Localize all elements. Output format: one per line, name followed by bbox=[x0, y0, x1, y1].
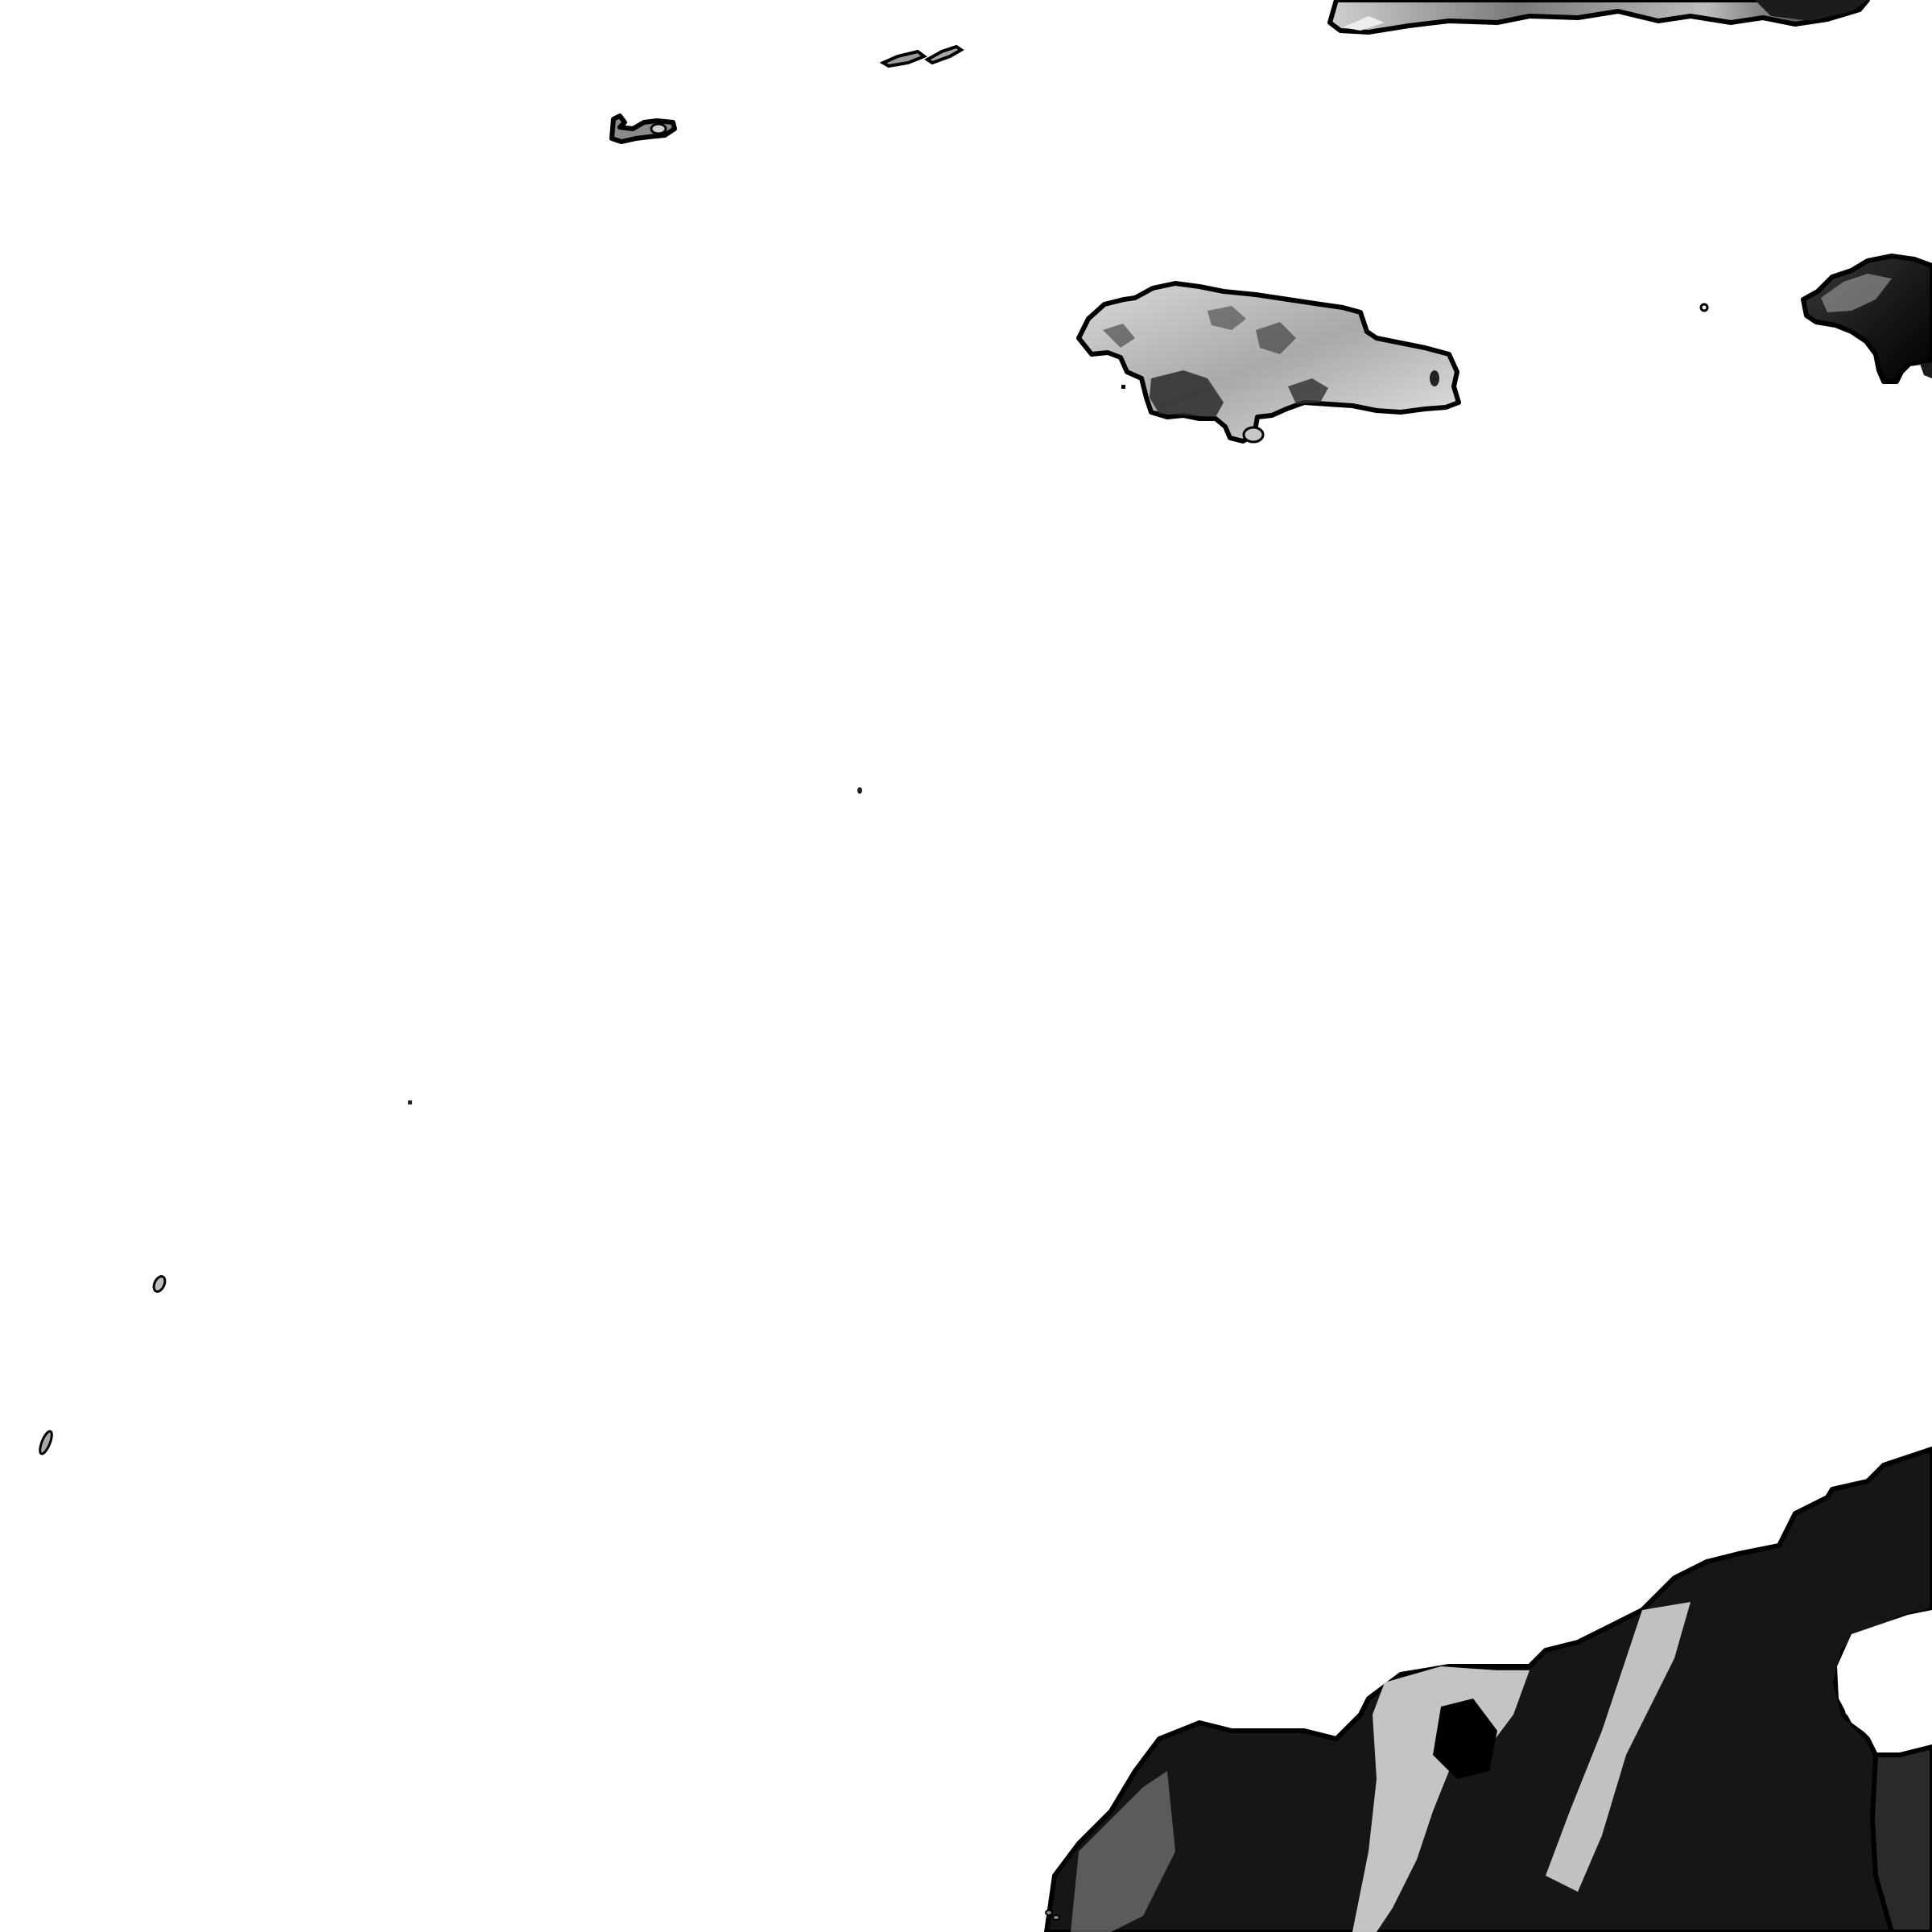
islet-providencia bbox=[151, 1274, 167, 1293]
islets bbox=[38, 787, 862, 1455]
islet-pedro-bank bbox=[857, 787, 862, 794]
islet-navassa bbox=[1701, 304, 1707, 311]
map-canvas[interactable] bbox=[0, 0, 1932, 1932]
little-cayman bbox=[927, 47, 961, 63]
cuba-south-coast bbox=[1330, 0, 1868, 32]
hispaniola-west-tip bbox=[1701, 256, 1932, 382]
islet-west-jamaica bbox=[1121, 385, 1125, 389]
cayman-islands bbox=[612, 47, 961, 142]
islet-serranilla bbox=[408, 1100, 412, 1104]
cayman-brac bbox=[883, 52, 924, 66]
south-america-north-coast bbox=[1046, 1449, 1932, 1932]
jamaica bbox=[1079, 283, 1459, 442]
islet-san-andres bbox=[38, 1430, 55, 1455]
